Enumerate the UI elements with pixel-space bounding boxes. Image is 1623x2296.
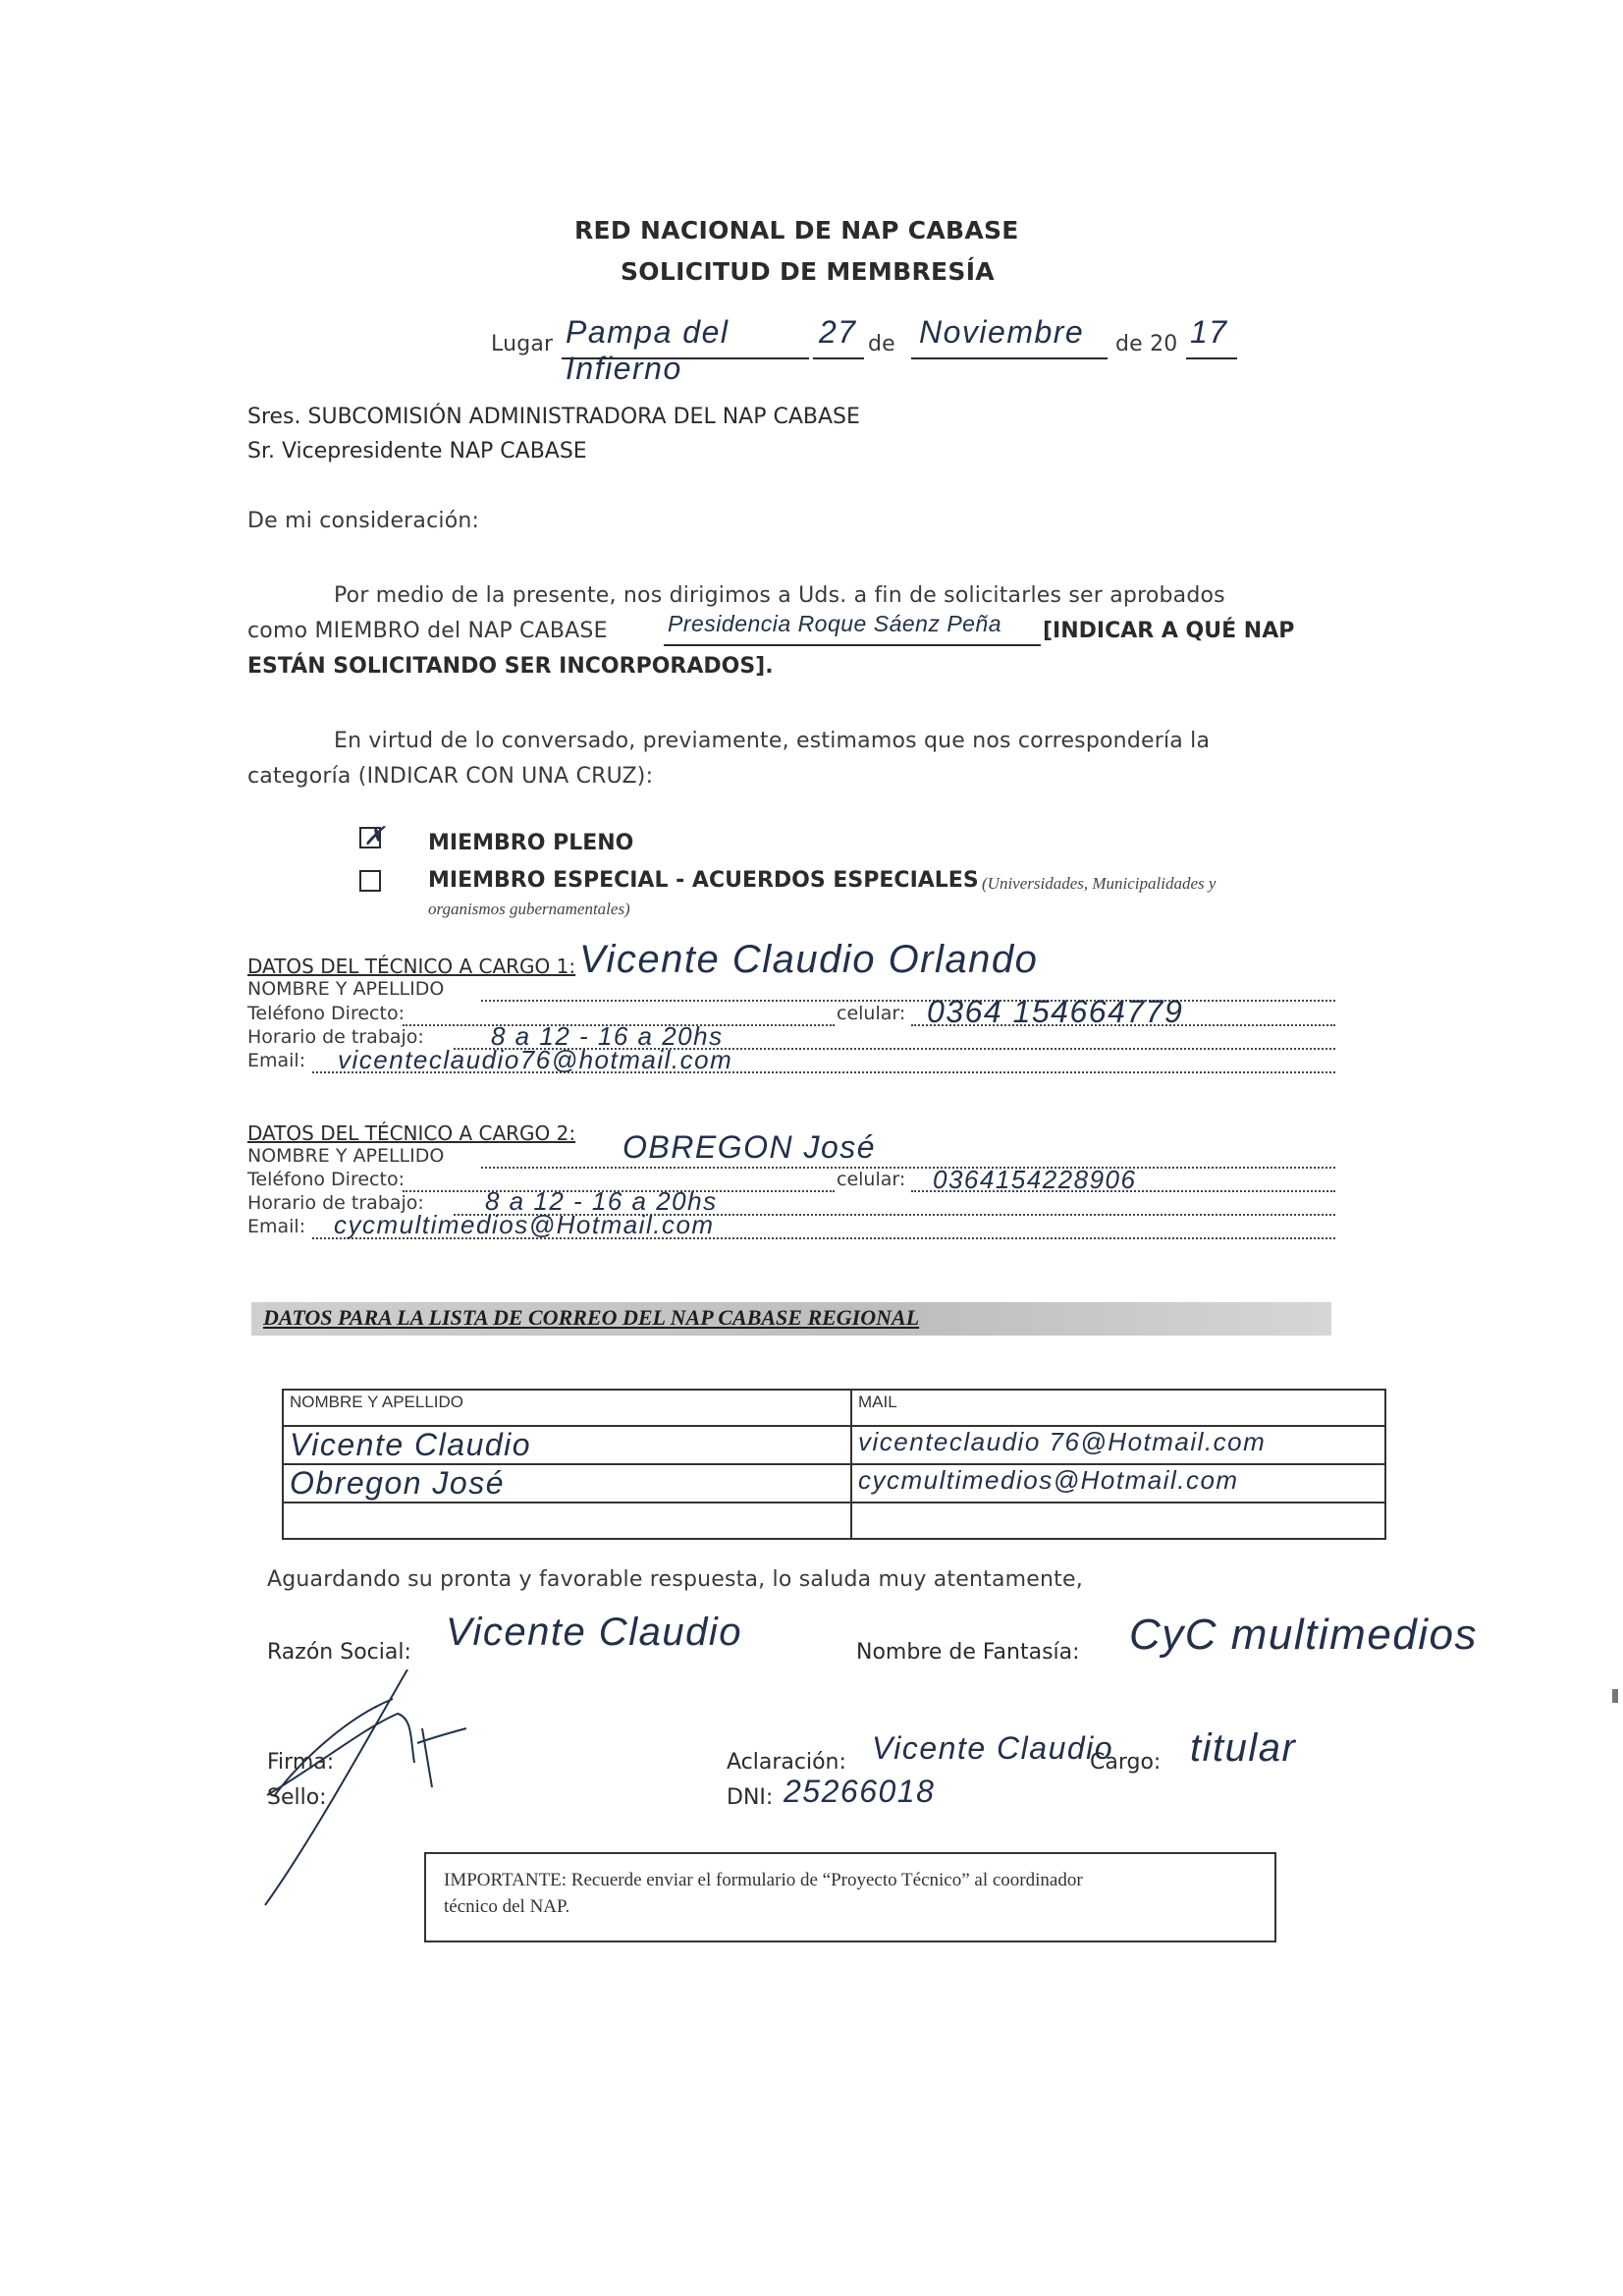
paragraph-1-line-3: ESTÁN SOLICITANDO SER INCORPORADOS]. [247, 654, 774, 679]
tecnico-1-celular-value: 0364 154664779 [927, 994, 1183, 1030]
nombre-fantasia-label: Nombre de Fantasía: [856, 1640, 1080, 1665]
nap-value: Presidencia Roque Sáenz Peña [668, 611, 1001, 637]
table-row [283, 1503, 1385, 1539]
addressee-line-2: Sr. Vicepresidente NAP CABASE [247, 439, 587, 464]
tecnico-2-email-label: Email: [247, 1216, 305, 1237]
table-row: Obregon José cycmultimedios@Hotmail.com [283, 1464, 1385, 1503]
tecnico-2-nombre-field[interactable] [481, 1167, 1335, 1169]
de-label-2: de 20 [1115, 332, 1178, 356]
aclaracion-value: Vicente Claudio [872, 1730, 1113, 1767]
checkmark-icon: ✗ [363, 821, 386, 851]
paragraph-2-line-2: categoría (INDICAR CON UNA CRUZ): [247, 764, 653, 789]
month-value: Noviembre [919, 314, 1084, 351]
nap-field[interactable]: Presidencia Roque Sáenz Peña [664, 607, 1041, 646]
dni-value: 25266018 [784, 1774, 935, 1810]
column-header-mail: MAIL [851, 1390, 1385, 1426]
scan-mark [1612, 1689, 1618, 1703]
tecnico-1-heading: DATOS DEL TÉCNICO A CARGO 1: [247, 955, 575, 978]
tecnico-2-nombre-value: OBREGON José [622, 1129, 876, 1166]
mailing-list-mail-cell[interactable]: vicenteclaudio 76@Hotmail.com [851, 1426, 1385, 1464]
form-subtitle: SOLICITUD DE MEMBRESÍA [621, 257, 995, 286]
tecnico-1-celular-label: celular: [837, 1003, 905, 1024]
form-title: RED NACIONAL DE NAP CABASE [574, 216, 1019, 245]
nombre-fantasia-value: CyC multimedios [1129, 1611, 1478, 1660]
closing-text: Aguardando su pronta y favorable respues… [267, 1567, 1083, 1592]
miembro-especial-note-1: (Universidades, Municipalidades y [982, 874, 1216, 894]
lugar-label: Lugar [491, 332, 553, 356]
month-field[interactable]: Noviembre [911, 314, 1108, 359]
cargo-label: Cargo: [1090, 1750, 1161, 1775]
year-field[interactable]: 17 [1186, 314, 1237, 359]
mailing-list-table: NOMBRE Y APELLIDO MAIL Vicente Claudio v… [282, 1389, 1386, 1540]
miembro-especial-checkbox[interactable] [359, 870, 381, 892]
mailing-list-mail-cell[interactable] [851, 1503, 1385, 1539]
tecnico-2-celular-label: celular: [837, 1169, 905, 1190]
tecnico-1-telefono-label: Teléfono Directo: [247, 1003, 405, 1024]
razon-social-value: Vicente Claudio [446, 1611, 742, 1655]
year-value: 17 [1190, 314, 1228, 351]
miembro-pleno-label: MIEMBRO PLENO [428, 831, 633, 855]
paragraph-1-line-1: Por medio de la presente, nos dirigimos … [334, 583, 1225, 608]
lugar-value: Pampa del Infierno [566, 314, 809, 387]
cell-text: Vicente Claudio [290, 1427, 531, 1462]
important-note-line-2: técnico del NAP. [444, 1894, 1257, 1921]
tecnico-2-telefono-label: Teléfono Directo: [247, 1169, 405, 1190]
important-note-line-1: IMPORTANTE: Recuerde enviar el formulari… [444, 1868, 1257, 1894]
greeting: De mi consideración: [247, 509, 479, 533]
mailing-list-section-title: DATOS PARA LA LISTA DE CORREO DEL NAP CA… [263, 1305, 919, 1331]
tecnico-1-nombre-value: Vicente Claudio Orlando [579, 938, 1038, 982]
table-row: Vicente Claudio vicenteclaudio 76@Hotmai… [283, 1426, 1385, 1464]
tecnico-2-nombre-label: NOMBRE Y APELLIDO [247, 1145, 444, 1167]
dni-label: DNI: [727, 1785, 773, 1810]
mailing-list-mail-cell[interactable]: cycmultimedios@Hotmail.com [851, 1464, 1385, 1503]
cell-text: cycmultimedios@Hotmail.com [858, 1465, 1239, 1495]
paragraph-2-line-1: En virtud de lo conversado, previamente,… [334, 729, 1210, 753]
day-field[interactable]: 27 [813, 314, 864, 359]
cell-text: vicenteclaudio 76@Hotmail.com [858, 1427, 1266, 1456]
de-label-1: de [868, 332, 895, 356]
mailing-list-nombre-cell[interactable] [283, 1503, 851, 1539]
miembro-especial-note-2: organismos gubernamentales) [428, 900, 630, 919]
razon-social-label: Razón Social: [267, 1640, 411, 1665]
tecnico-1-email-label: Email: [247, 1050, 305, 1071]
miembro-pleno-checkbox[interactable]: ✗ [359, 827, 381, 848]
column-header-nombre: NOMBRE Y APELLIDO [283, 1390, 851, 1426]
tecnico-2-heading: DATOS DEL TÉCNICO A CARGO 2: [247, 1121, 575, 1145]
mailing-list-nombre-cell[interactable]: Vicente Claudio [283, 1426, 851, 1464]
tecnico-1-nombre-label: NOMBRE Y APELLIDO [247, 978, 444, 1000]
aclaracion-label: Aclaración: [727, 1750, 846, 1775]
tecnico-1-nombre-field[interactable] [481, 1000, 1335, 1002]
lugar-field[interactable]: Pampa del Infierno [562, 314, 809, 359]
membership-form-page: RED NACIONAL DE NAP CABASE SOLICITUD DE … [0, 0, 1623, 2296]
paragraph-1-line-2-prefix: como MIEMBRO del NAP CABASE [247, 619, 608, 643]
tecnico-2-celular-value: 0364154228906 [933, 1165, 1136, 1195]
addressee-line-1: Sres. SUBCOMISIÓN ADMINISTRADORA DEL NAP… [247, 405, 860, 429]
tecnico-1-email-value: vicenteclaudio76@hotmail.com [338, 1045, 732, 1075]
mailing-list-nombre-cell[interactable]: Obregon José [283, 1464, 851, 1503]
paragraph-1-line-2-suffix: [INDICAR A QUÉ NAP [1043, 619, 1294, 643]
cargo-value: titular [1190, 1726, 1296, 1771]
miembro-especial-label: MIEMBRO ESPECIAL - ACUERDOS ESPECIALES [428, 868, 979, 893]
important-note-box: IMPORTANTE: Recuerde enviar el formulari… [424, 1852, 1276, 1942]
cell-text: Obregon José [290, 1465, 505, 1501]
day-value: 27 [819, 314, 857, 351]
mailing-list-header-row: NOMBRE Y APELLIDO MAIL [283, 1390, 1385, 1426]
tecnico-2-email-value: cycmultimedios@Hotmail.com [334, 1210, 715, 1240]
